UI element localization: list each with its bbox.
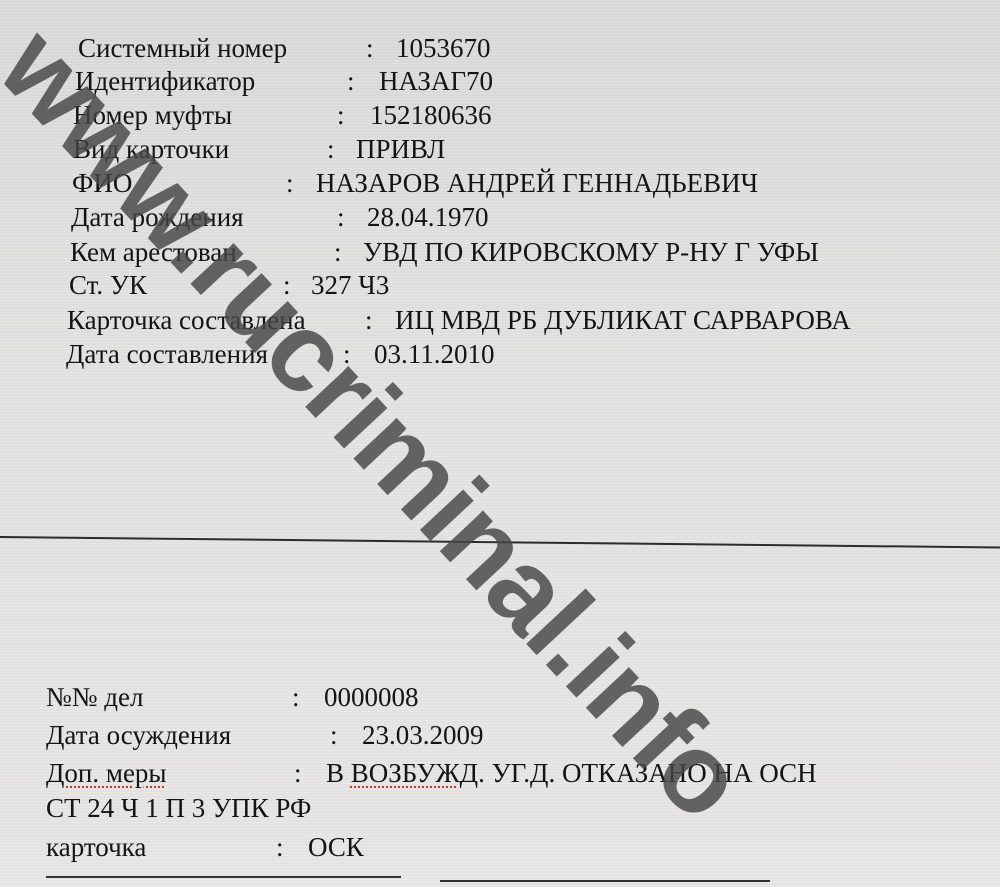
field-label: Системный номер: [78, 33, 287, 63]
field-separator: :: [334, 237, 342, 267]
field-label: Карточка составлена: [67, 305, 306, 335]
field-separator: :: [286, 168, 294, 198]
field-value: ИЦ МВД РБ ДУБЛИКАТ САРВАРОВА: [395, 305, 851, 335]
document-page: Системный номер : 1053670 Идентификатор …: [0, 0, 1000, 887]
field-value: ПРИВЛ: [356, 134, 445, 164]
field-value: 28.04.1970: [367, 202, 489, 232]
field-label: Кем арестован: [70, 237, 237, 267]
double-rule-right: [440, 880, 770, 887]
field-label: Вид карточки: [73, 134, 229, 164]
field-label: Идентификатор: [75, 66, 255, 96]
field-value: 03.11.2010: [374, 339, 495, 369]
continuation-text: СТ 24 Ч 1 П 3 УПК РФ: [46, 793, 311, 823]
field-value: 152180636: [370, 100, 492, 130]
value-suffix: . УГ.Д. ОТКАЗАНО НА ОСН: [478, 758, 817, 788]
field-label: Дата осуждения: [46, 720, 231, 750]
section-divider: [0, 536, 1000, 549]
field-separator: :: [343, 339, 351, 369]
field-separator: :: [292, 682, 300, 712]
value-prefix: В: [326, 758, 351, 788]
field-separator: :: [294, 758, 302, 788]
field-label: Доп. меры: [46, 758, 167, 788]
field-label: №№ дел: [46, 682, 143, 712]
field-label: карточка: [46, 832, 146, 862]
spellcheck-flagged-word: ВОЗБУЖД: [351, 758, 478, 788]
field-label: Дата составления: [66, 339, 268, 369]
field-separator: :: [327, 134, 335, 164]
field-value: 1053670: [396, 33, 491, 63]
double-rule-left: [46, 876, 401, 887]
field-value: ОСК: [308, 832, 364, 862]
field-label: Ст. УК: [69, 270, 147, 300]
field-value: 0000008: [324, 682, 419, 712]
field-value: 23.03.2009: [362, 720, 484, 750]
field-label: ФИО: [72, 168, 132, 198]
field-value: В ВОЗБУЖД. УГ.Д. ОТКАЗАНО НА ОСН: [326, 758, 817, 788]
field-label: Дата рождения: [71, 202, 244, 232]
field-value: НАЗАРОВ АНДРЕЙ ГЕННАДЬЕВИЧ: [316, 168, 758, 198]
field-separator: :: [276, 832, 284, 862]
field-separator: :: [347, 66, 355, 96]
field-value: НАЗАГ70: [379, 66, 493, 96]
field-separator: :: [337, 100, 345, 130]
field-value: УВД ПО КИРОВСКОМУ Р-НУ Г УФЫ: [363, 237, 819, 267]
field-label: Номер муфты: [73, 100, 232, 130]
field-value: 327 Ч3: [311, 270, 389, 300]
field-separator: :: [366, 33, 374, 63]
field-separator: :: [365, 305, 373, 335]
field-separator: :: [330, 720, 338, 750]
field-separator: :: [337, 202, 345, 232]
field-separator: :: [283, 270, 291, 300]
